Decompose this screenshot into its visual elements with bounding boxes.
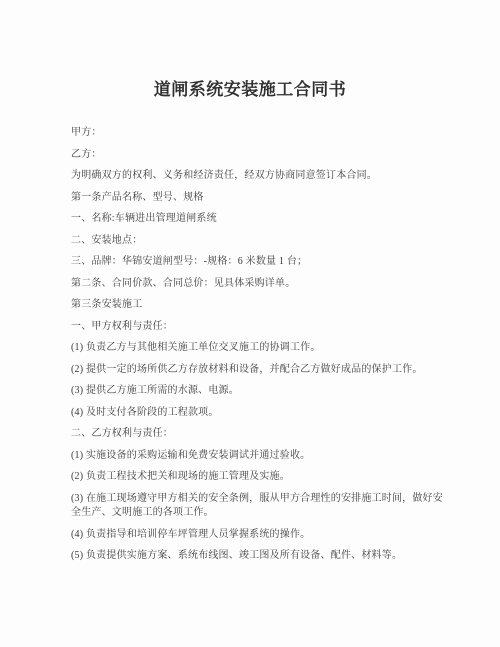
clause3-heading: 第三条安装施工: [71, 298, 450, 313]
party-a-duty-3: (3) 提供乙方施工所需的水源、电源。: [71, 384, 450, 399]
document-body: 甲方： 乙方： 为明确双方的权利、义务和经济责任，经双方协商同意签订本合同。 第…: [0, 101, 500, 564]
clause2-price: 第二条、合同价款、合同总价：见具体采购详单。: [71, 277, 450, 292]
clause1-item-name: 一、名称:车辆进出管理道闸系统: [71, 212, 450, 227]
party-b-duties-heading: 二、乙方权利与责任：: [71, 427, 450, 442]
document-title: 道闸系统安装施工合同书: [0, 0, 500, 101]
party-a-duty-2: (2) 提供一定的场所供乙方存放材料和设备，并配合乙方做好成品的保护工作。: [71, 363, 450, 378]
party-a-field: 甲方：: [71, 126, 450, 141]
party-a-duty-1: (1) 负责乙方与其他相关施工单位交叉施工的协调工作。: [71, 341, 450, 356]
party-b-duty-3: (3) 在施工现场遵守甲方相关的安全条例，服从甲方合理性的安排施工时间，做好安全…: [71, 492, 450, 521]
party-a-duty-4: (4) 及时支付各阶段的工程款项。: [71, 406, 450, 421]
clause1-heading: 第一条产品名称、型号、规格: [71, 191, 450, 206]
preamble: 为明确双方的权利、义务和经济责任，经双方协商同意签订本合同。: [71, 169, 450, 184]
party-a-duties-heading: 一、甲方权利与责任：: [71, 320, 450, 335]
party-b-duty-1: (1) 实施设备的采购运输和免费安装调试并通过验收。: [71, 449, 450, 464]
party-b-duty-2: (2) 负责工程技术把关和现场的施工管理及实施。: [71, 470, 450, 485]
clause1-item-location: 二、安装地点：: [71, 234, 450, 249]
party-b-duty-4: (4) 负责指导和培训停车坪管理人员掌握系统的操作。: [71, 528, 450, 543]
party-b-duty-5: (5) 负责提供实施方案、系统布线图、竣工图及所有设备、配件、材料等。: [71, 549, 450, 564]
contract-document-page: 道闸系统安装施工合同书 甲方： 乙方： 为明确双方的权利、义务和经济责任，经双方…: [0, 0, 500, 647]
clause1-item-brand: 三、品牌：华锦安道闸型号：-规格：6 米数量 1 台；: [71, 255, 450, 270]
party-b-field: 乙方：: [71, 148, 450, 163]
